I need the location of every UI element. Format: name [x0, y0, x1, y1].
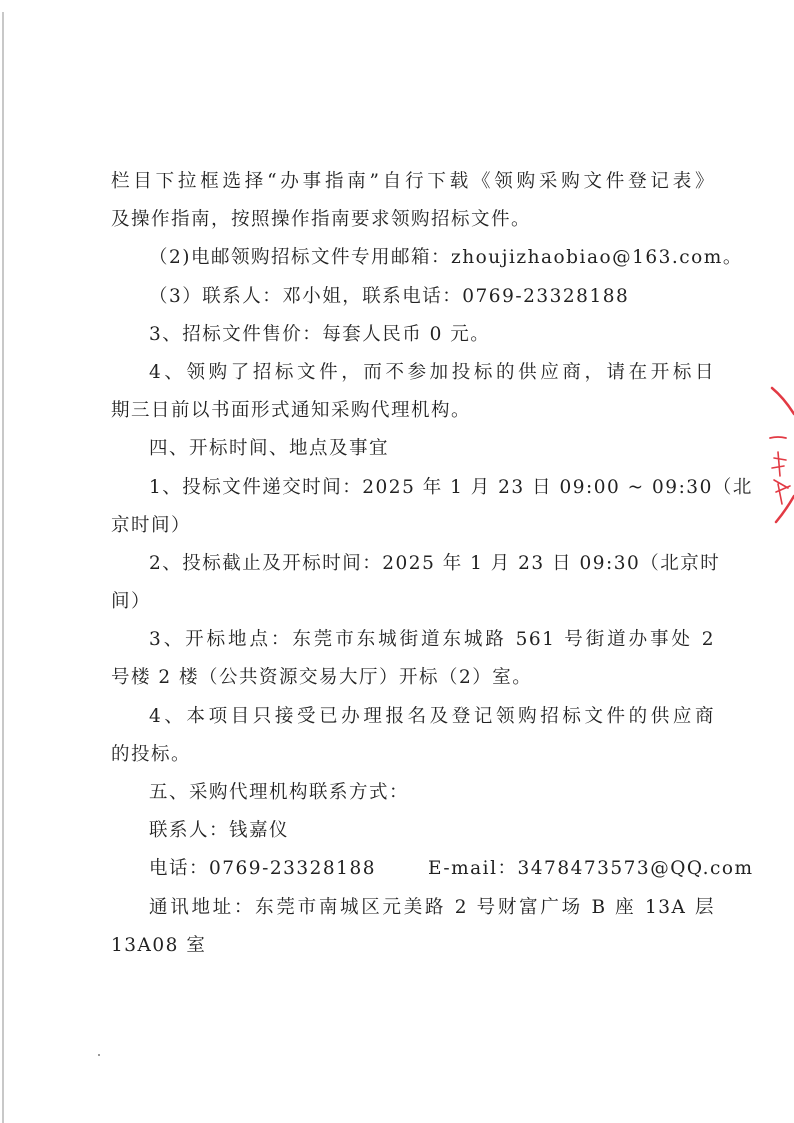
- section-heading-4: 四、开标时间、地点及事宜: [111, 430, 715, 468]
- text-line-deadline-2: 间）: [111, 583, 715, 621]
- document-page: 栏目下拉框选择“办事指南”自行下载《领购采购文件登记表》 及操作指南，按照操作指…: [111, 163, 715, 965]
- text-line-notice-2: 期三日前以书面形式通知采购代理机构。: [111, 392, 715, 430]
- text-line-notice-1: 4、领购了招标文件，而不参加投标的供应商，请在开标日: [111, 354, 715, 392]
- text-line-location-2: 号楼 2 楼（公共资源交易大厅）开标（2）室。: [111, 659, 715, 697]
- text-line-submit-time-2: 京时间）: [111, 507, 715, 545]
- text-line-2: 及操作指南，按照操作指南要求领购招标文件。: [111, 201, 715, 239]
- text-line-phone-email: 电话：0769-23328188E-mail：3478473573@QQ.com: [111, 850, 715, 888]
- text-line-1: 栏目下拉框选择“办事指南”自行下载《领购采购文件登记表》: [111, 163, 715, 201]
- phone-text: 电话：0769-23328188: [149, 858, 376, 879]
- text-line-agency-contact: 联系人：钱嘉仪: [111, 812, 715, 850]
- scan-edge-artifact: [2, 12, 4, 1123]
- text-line-address-1: 通讯地址：东莞市南城区元美路 2 号财富广场 B 座 13A 层: [111, 889, 715, 927]
- text-line-email: （2)电邮领购招标文件专用邮箱：zhoujizhaobiao@163.com。: [111, 239, 715, 277]
- email-text: E-mail：3478473573@QQ.com: [428, 858, 754, 879]
- text-line-eligibility-2: 的投标。: [111, 736, 715, 774]
- text-line-deadline-1: 2、投标截止及开标时间：2025 年 1 月 23 日 09:30（北京时: [111, 545, 715, 583]
- text-line-location-1: 3、开标地点：东莞市东城街道东城路 561 号街道办事处 2: [111, 621, 715, 659]
- text-line-contact: （3）联系人：邓小姐，联系电话：0769-23328188: [111, 278, 715, 316]
- section-heading-5: 五、采购代理机构联系方式：: [111, 774, 715, 812]
- scan-speck: [98, 1054, 100, 1056]
- text-line-eligibility-1: 4、本项目只接受已办理报名及登记领购招标文件的供应商: [111, 698, 715, 736]
- red-seal-stamp-fragment: [760, 380, 794, 530]
- text-line-submit-time-1: 1、投标文件递交时间：2025 年 1 月 23 日 09:00 ~ 09:30…: [111, 469, 715, 507]
- text-line-price: 3、招标文件售价：每套人民币 0 元。: [111, 316, 715, 354]
- text-line-address-2: 13A08 室: [111, 927, 715, 965]
